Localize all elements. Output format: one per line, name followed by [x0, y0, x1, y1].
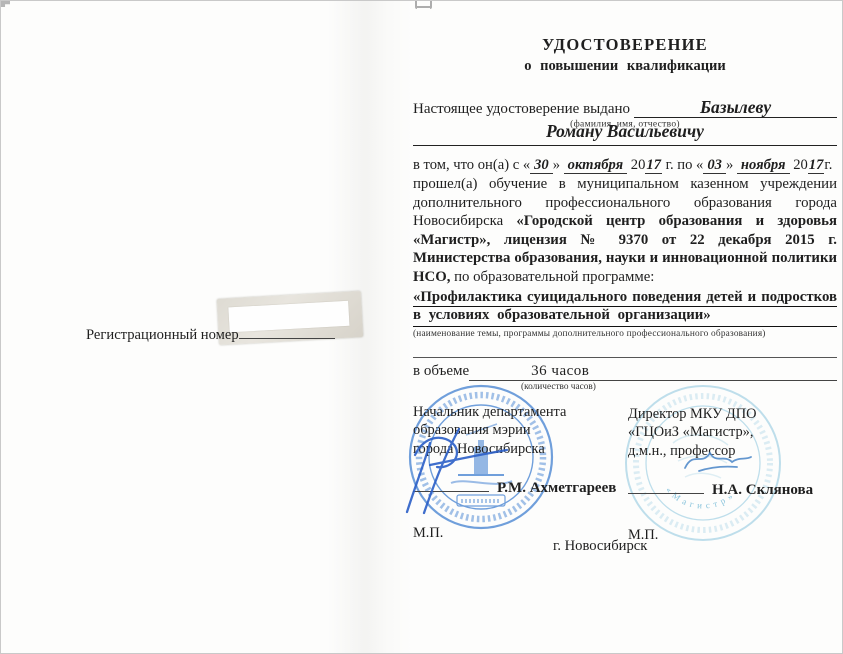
left-signature-row: Р.М. Ахметгареев	[413, 479, 628, 497]
issued-to-row: Настоящее удостоверение выдано Базылеву	[413, 99, 837, 118]
description-regular-2: по образовательной программе:	[454, 269, 654, 285]
issued-to-label: Настоящее удостоверение выдано	[413, 101, 630, 118]
left-position-line3: города Новосибирска	[413, 440, 628, 458]
right-position-line2: «ГЦОиЗ «Магистр»,	[628, 423, 843, 441]
right-signer-name: Н.А. Склянова	[712, 482, 813, 498]
volume-value: 36 часов	[531, 363, 589, 379]
program-title-line1: «Профилактика суицидального поведения де…	[413, 289, 837, 307]
left-position-line1: Начальник департамента	[413, 403, 628, 421]
signature-block-right: Директор МКУ ДПО «ГЦОиЗ «Магистр», д.м.н…	[628, 405, 843, 544]
program-blank-line	[413, 342, 837, 358]
month-from-value: октября	[564, 157, 627, 174]
period-text: »	[726, 157, 733, 173]
certificate-subtitle: о повышении квалификации	[413, 58, 837, 75]
recipient-surname: Базылеву	[634, 99, 837, 118]
left-signer-name: Р.М. Ахметгареев	[497, 480, 616, 496]
volume-row: в объеме 36 часов	[413, 363, 837, 381]
left-signature-line	[413, 479, 489, 492]
volume-label: в объеме	[413, 363, 469, 380]
period-text: в том, что он(а) с «	[413, 157, 530, 173]
program-caption: (наименование темы, программы дополнител…	[413, 329, 837, 339]
city-label: г. Новосибирск	[553, 538, 647, 555]
certificate-body: УДОСТОВЕРЕНИЕ о повышении квалификации Н…	[413, 27, 837, 392]
period-text: 20	[631, 157, 646, 173]
year-to-value: 17	[808, 157, 825, 174]
day-to-value: 03	[703, 157, 726, 174]
volume-blank: 36 часов	[469, 363, 837, 381]
training-description: прошел(а) обучение в муниципальном казен…	[413, 175, 837, 287]
certificate-scan-page: Регистрационный номер « М а г и с т р »	[0, 0, 843, 654]
hours-caption: (количество часов)	[521, 382, 837, 392]
program-title-line2: в условиях образовательной организации»	[413, 307, 837, 327]
period-text: г. по «	[666, 157, 704, 173]
recipient-name: Роману Васильевичу	[413, 121, 837, 146]
right-signature-line	[628, 481, 704, 494]
period-text: 20	[793, 157, 808, 173]
signature-block-left: Начальник департамента образования мэрии…	[413, 403, 628, 542]
month-to-value: ноября	[737, 157, 790, 174]
certificate-title: УДОСТОВЕРЕНИЕ	[413, 35, 837, 55]
period-text: г.	[824, 157, 832, 173]
period-text: »	[553, 157, 560, 173]
registration-number-blank	[239, 325, 335, 339]
staple-mark	[415, 1, 432, 9]
right-position-line3: д.м.н., профессор	[628, 442, 843, 460]
registration-number-label: Регистрационный номер	[86, 327, 239, 344]
right-signature-row: Н.А. Склянова	[628, 481, 843, 499]
day-from-value: 30	[530, 157, 553, 174]
scan-corner-artifact	[1, 1, 10, 7]
year-from-value: 17	[645, 157, 662, 174]
right-position-line1: Директор МКУ ДПО	[628, 405, 843, 423]
training-period-line: в том, что он(а) с «30» октября 2017 г. …	[413, 157, 837, 174]
registration-number-row: Регистрационный номер	[86, 325, 335, 344]
right-seal-placeholder: М.П.	[628, 526, 843, 544]
left-position-line2: образования мэрии	[413, 421, 628, 439]
